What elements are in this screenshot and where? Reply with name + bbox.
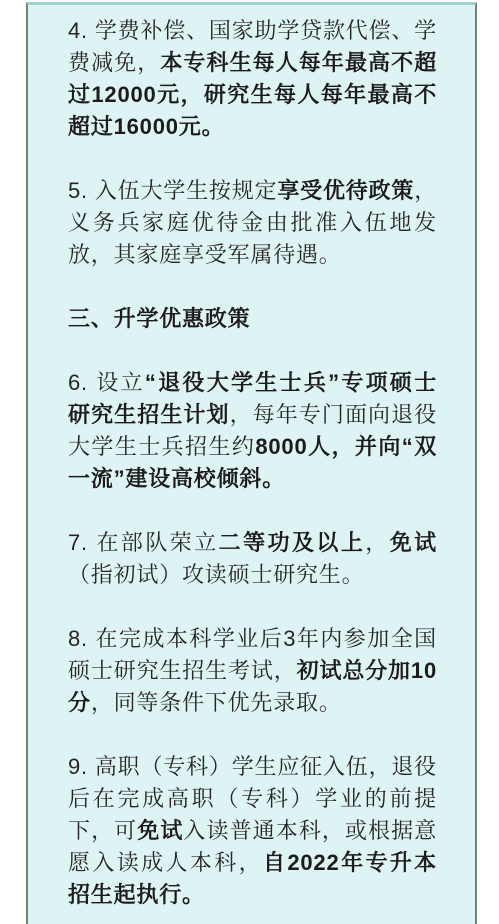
bold-text-segment: 享受优待政策 bbox=[277, 178, 414, 203]
policy-paragraph-5: 5. 入伍大学生按规定享受优待政策，义务兵家庭优待金由批准入伍地发放，其家庭享受… bbox=[68, 175, 437, 271]
bold-text-segment: 免试 bbox=[390, 530, 437, 555]
page: 4. 学费补偿、国家助学贷款代偿、学费减免，本专科生每人每年最高不超过12000… bbox=[0, 0, 499, 924]
policy-paragraph-7: 7. 在部队荣立二等功及以上，免试（指初试）攻读硕士研究生。 bbox=[68, 527, 437, 591]
bold-text-segment: 二等功及以上 bbox=[219, 530, 366, 555]
section-heading-3: 三、升学优惠政策 bbox=[68, 303, 437, 335]
policy-paragraph-4: 4. 学费补偿、国家助学贷款代偿、学费减免，本专科生每人每年最高不超过12000… bbox=[68, 15, 437, 143]
text-segment: （指初试）攻读硕士研究生。 bbox=[68, 562, 364, 587]
text-segment: ， bbox=[365, 530, 389, 555]
article-card: 4. 学费补偿、国家助学贷款代偿、学费减免，本专科生每人每年最高不超过12000… bbox=[26, 2, 477, 924]
policy-paragraph-8: 8. 在完成本科学业后3年内参加全国硕士研究生招生考试，初试总分加10分，同等条… bbox=[68, 623, 437, 719]
text-segment: 7. 在部队荣立 bbox=[68, 530, 219, 555]
text-segment: 6. 设立 bbox=[68, 370, 145, 395]
policy-paragraph-9: 9. 高职（专科）学生应征入伍，退役后在完成高职（专科）学业的前提下，可免试入读… bbox=[68, 751, 437, 911]
policy-paragraph-6: 6. 设立“退役大学生士兵”专项硕士研究生招生计划，每年专门面向退役大学生士兵招… bbox=[68, 367, 437, 495]
text-segment: ，同等条件下优先录取。 bbox=[91, 690, 342, 715]
bold-text-segment: 三、升学优惠政策 bbox=[68, 306, 250, 331]
text-segment: 5. 入伍大学生按规定 bbox=[68, 178, 277, 203]
bold-text-segment: 免试 bbox=[137, 818, 183, 843]
